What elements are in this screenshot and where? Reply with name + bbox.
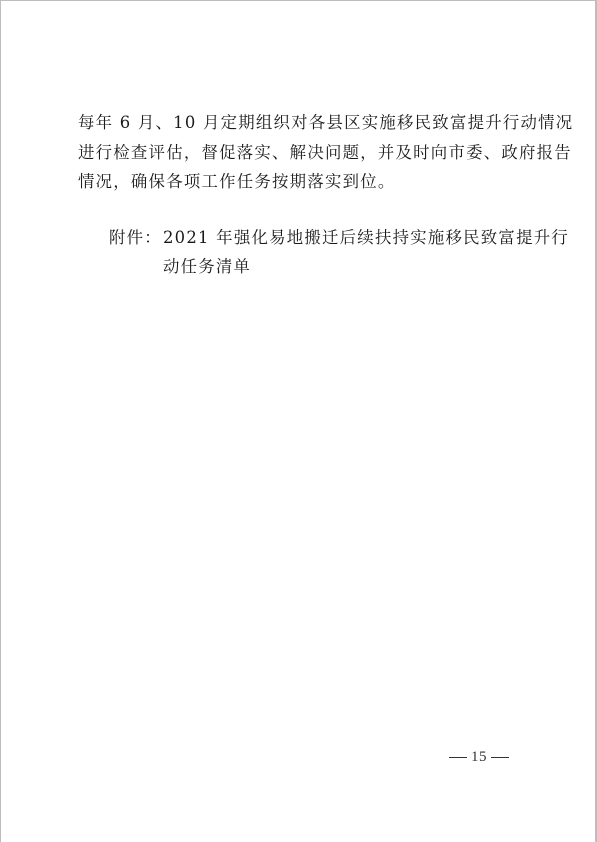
paragraph-line-1: 每年 6 月、10 月定期组织对各县区实施移民致富提升行动情况 xyxy=(78,108,528,138)
dash-left xyxy=(449,757,467,758)
body-paragraph: 每年 6 月、10 月定期组织对各县区实施移民致富提升行动情况 进行检查评估，督… xyxy=(78,108,528,197)
attachment-first-line: 附件：2021 年强化易地搬迁后续扶持实施移民致富提升行 xyxy=(109,223,549,252)
page-number-footer: 15 xyxy=(445,749,513,766)
document-page: 每年 6 月、10 月定期组织对各县区实施移民致富提升行动情况 进行检查评估，督… xyxy=(0,0,597,842)
attachment-title-line-1: 2021 年强化易地搬迁后续扶持实施移民致富提升行 xyxy=(163,228,569,247)
attachment-label: 附件： xyxy=(109,223,163,252)
paragraph-line-3: 情况，确保各项工作任务按期落实到位。 xyxy=(78,167,528,197)
page-number: 15 xyxy=(471,749,487,765)
dash-right xyxy=(491,757,509,758)
paragraph-line-2: 进行检查评估，督促落实、解决问题，并及时向市委、政府报告 xyxy=(78,138,528,168)
attachment-title-line-2: 动任务清单 xyxy=(109,252,549,281)
attachment-note: 附件：2021 年强化易地搬迁后续扶持实施移民致富提升行 动任务清单 xyxy=(109,223,549,282)
